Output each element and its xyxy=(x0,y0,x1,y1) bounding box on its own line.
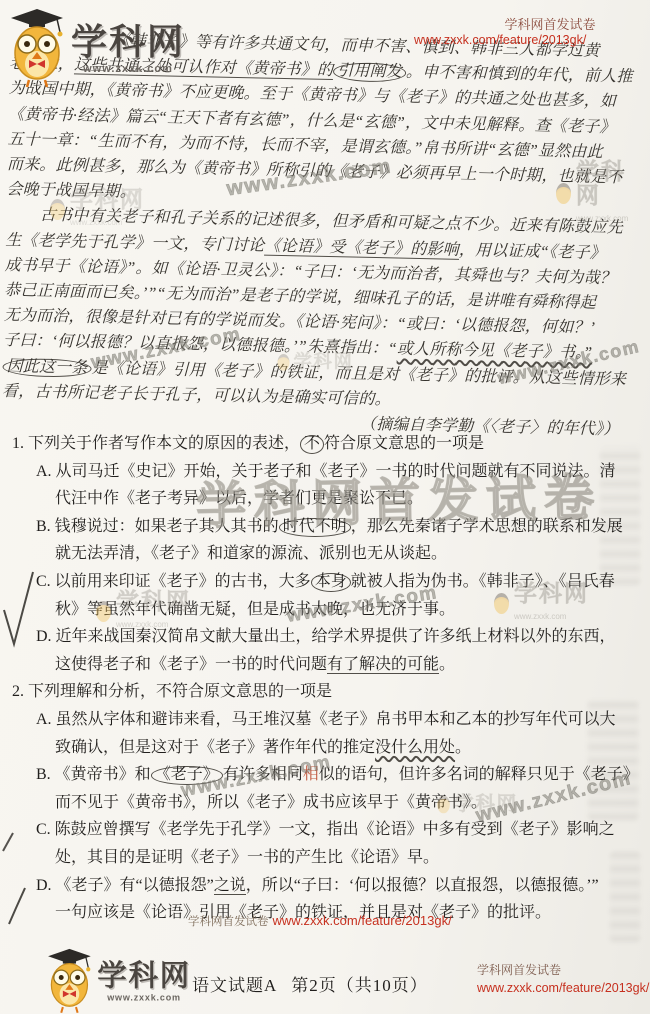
owl-watermark-icon xyxy=(96,601,111,622)
q2-option-a-line1: A. 虽然从字体和避讳来看，马王堆汉墓《老子》帛书甲本和乙本的抄写年代可以大 xyxy=(12,706,646,734)
header-stamp-url: www.zxxk.com/feature/2013gk/ xyxy=(414,33,650,47)
owl-watermark-icon xyxy=(494,593,509,614)
watermark-banner: 学科网首发试卷 xyxy=(195,458,602,538)
q2-option-d-line1: D. 《老子》有“以德报怨”之说，所以“子曰：‘何以报德？以直报怨，以德报德。’… xyxy=(12,872,646,900)
watermark-brand-text: 学科网 xyxy=(294,352,354,372)
watermark-site-text: www.zxxk.com xyxy=(514,612,566,621)
zxxk-logo: 学科网 www.zxxk.com xyxy=(6,8,185,88)
pencil-tick-mark-q2c xyxy=(0,830,18,854)
watermark-brand-text: 学科网 xyxy=(116,589,191,614)
mid-page-stamp: 学科网首发试卷 www.zxxk.com/feature/2013gk/ xyxy=(188,912,452,930)
owl-watermark-icon xyxy=(50,199,65,220)
slash-mark-q2d xyxy=(8,886,30,930)
watermark-logo: 学科网 www.zxxk.com xyxy=(96,590,191,632)
watermark-site-text: www.zxxk.com xyxy=(576,214,628,223)
mid-stamp-url: www.zxxk.com/feature/2013gk/ xyxy=(273,913,452,928)
watermark-site-text: www.zxxk.com xyxy=(116,620,168,629)
footer-page-label: 语文试题A第2页（共10页） xyxy=(192,971,428,996)
q1-stem: 1. 下列关于作者写作本文的原因的表述，不符合原文意思的一项是 xyxy=(12,430,646,458)
watermark-logo: 学科网 www.zxxk.com xyxy=(556,160,650,226)
q2-option-c-line2: 处，其目的是证明《老子》一书的产生比《论语》早。 xyxy=(12,844,646,872)
footer-stamp-block: 学科网首发试卷 www.zxxk.com/feature/2013gk/ xyxy=(477,961,649,998)
owl-watermark-icon xyxy=(556,183,571,204)
owl-graduate-icon xyxy=(6,8,68,88)
q1-option-d-line2: 这使得老子和《老子》一书的时代问题有了解决的可能。 xyxy=(12,651,646,679)
scanned-exam-page: 学科网 www.zxxk.com 学科网首发试卷 www.zxxk.com/fe… xyxy=(0,0,650,1014)
watermark-logo: 学科网 www.zxxk.com xyxy=(50,188,145,230)
zxxk-brand-text: 学科网 xyxy=(71,24,185,60)
owl-watermark-icon xyxy=(437,795,450,813)
passage-text: 《韩非子》等有许多共通文句，而申不害、慎到、韩非三人都学过黄老之术，这些共通之处… xyxy=(1,26,644,443)
mid-stamp-text: 学科网首发试卷 xyxy=(188,916,269,928)
zxxk-brand-text: 学科网 xyxy=(97,961,190,991)
watermark-brand-text: 学科网 xyxy=(454,793,518,814)
watermark-logo: 学科网 xyxy=(278,352,354,371)
watermark-site-text: www.zxxk.com xyxy=(70,218,122,227)
watermark-logo: 学科网 www.zxxk.com xyxy=(494,582,589,624)
watermark-brand-text: 学科网 xyxy=(70,187,145,212)
owl-graduate-icon xyxy=(44,948,95,1014)
zxxk-site-url: www.zxxk.com xyxy=(97,993,190,1003)
owl-watermark-icon xyxy=(278,354,290,371)
footer-doc-title: 语文试题A xyxy=(192,976,277,995)
zxxk-footer-logo: 学科网 www.zxxk.com xyxy=(44,948,191,1014)
footer-page-number: 第2页（共10页） xyxy=(291,976,428,995)
watermark-brand-text: 学科网 xyxy=(576,159,626,208)
q2-option-c-line1: C. 陈鼓应曾撰写《老学先于孔学》一文，指出《论语》中多有受到《老子》影响之 xyxy=(12,816,646,844)
q2-stem: 2. 下列理解和分析，不符合原文意思的一项是 xyxy=(12,678,646,706)
footer-stamp-text: 学科网首发试卷 xyxy=(477,961,649,979)
watermark-logo: 学科网 xyxy=(437,794,518,814)
answer-check-mark-q1c xyxy=(0,566,38,652)
watermark-brand-text: 学科网 xyxy=(514,581,589,606)
footer-stamp-url: www.zxxk.com/feature/2013gk/ xyxy=(477,979,649,998)
zxxk-site-url: www.zxxk.com xyxy=(71,63,185,75)
header-stamp: 学科网首发试卷 xyxy=(455,14,645,33)
q1-option-b-line2: 就无法弄清，《老子》和道家的源流、派别也无从谈起。 xyxy=(12,540,646,568)
